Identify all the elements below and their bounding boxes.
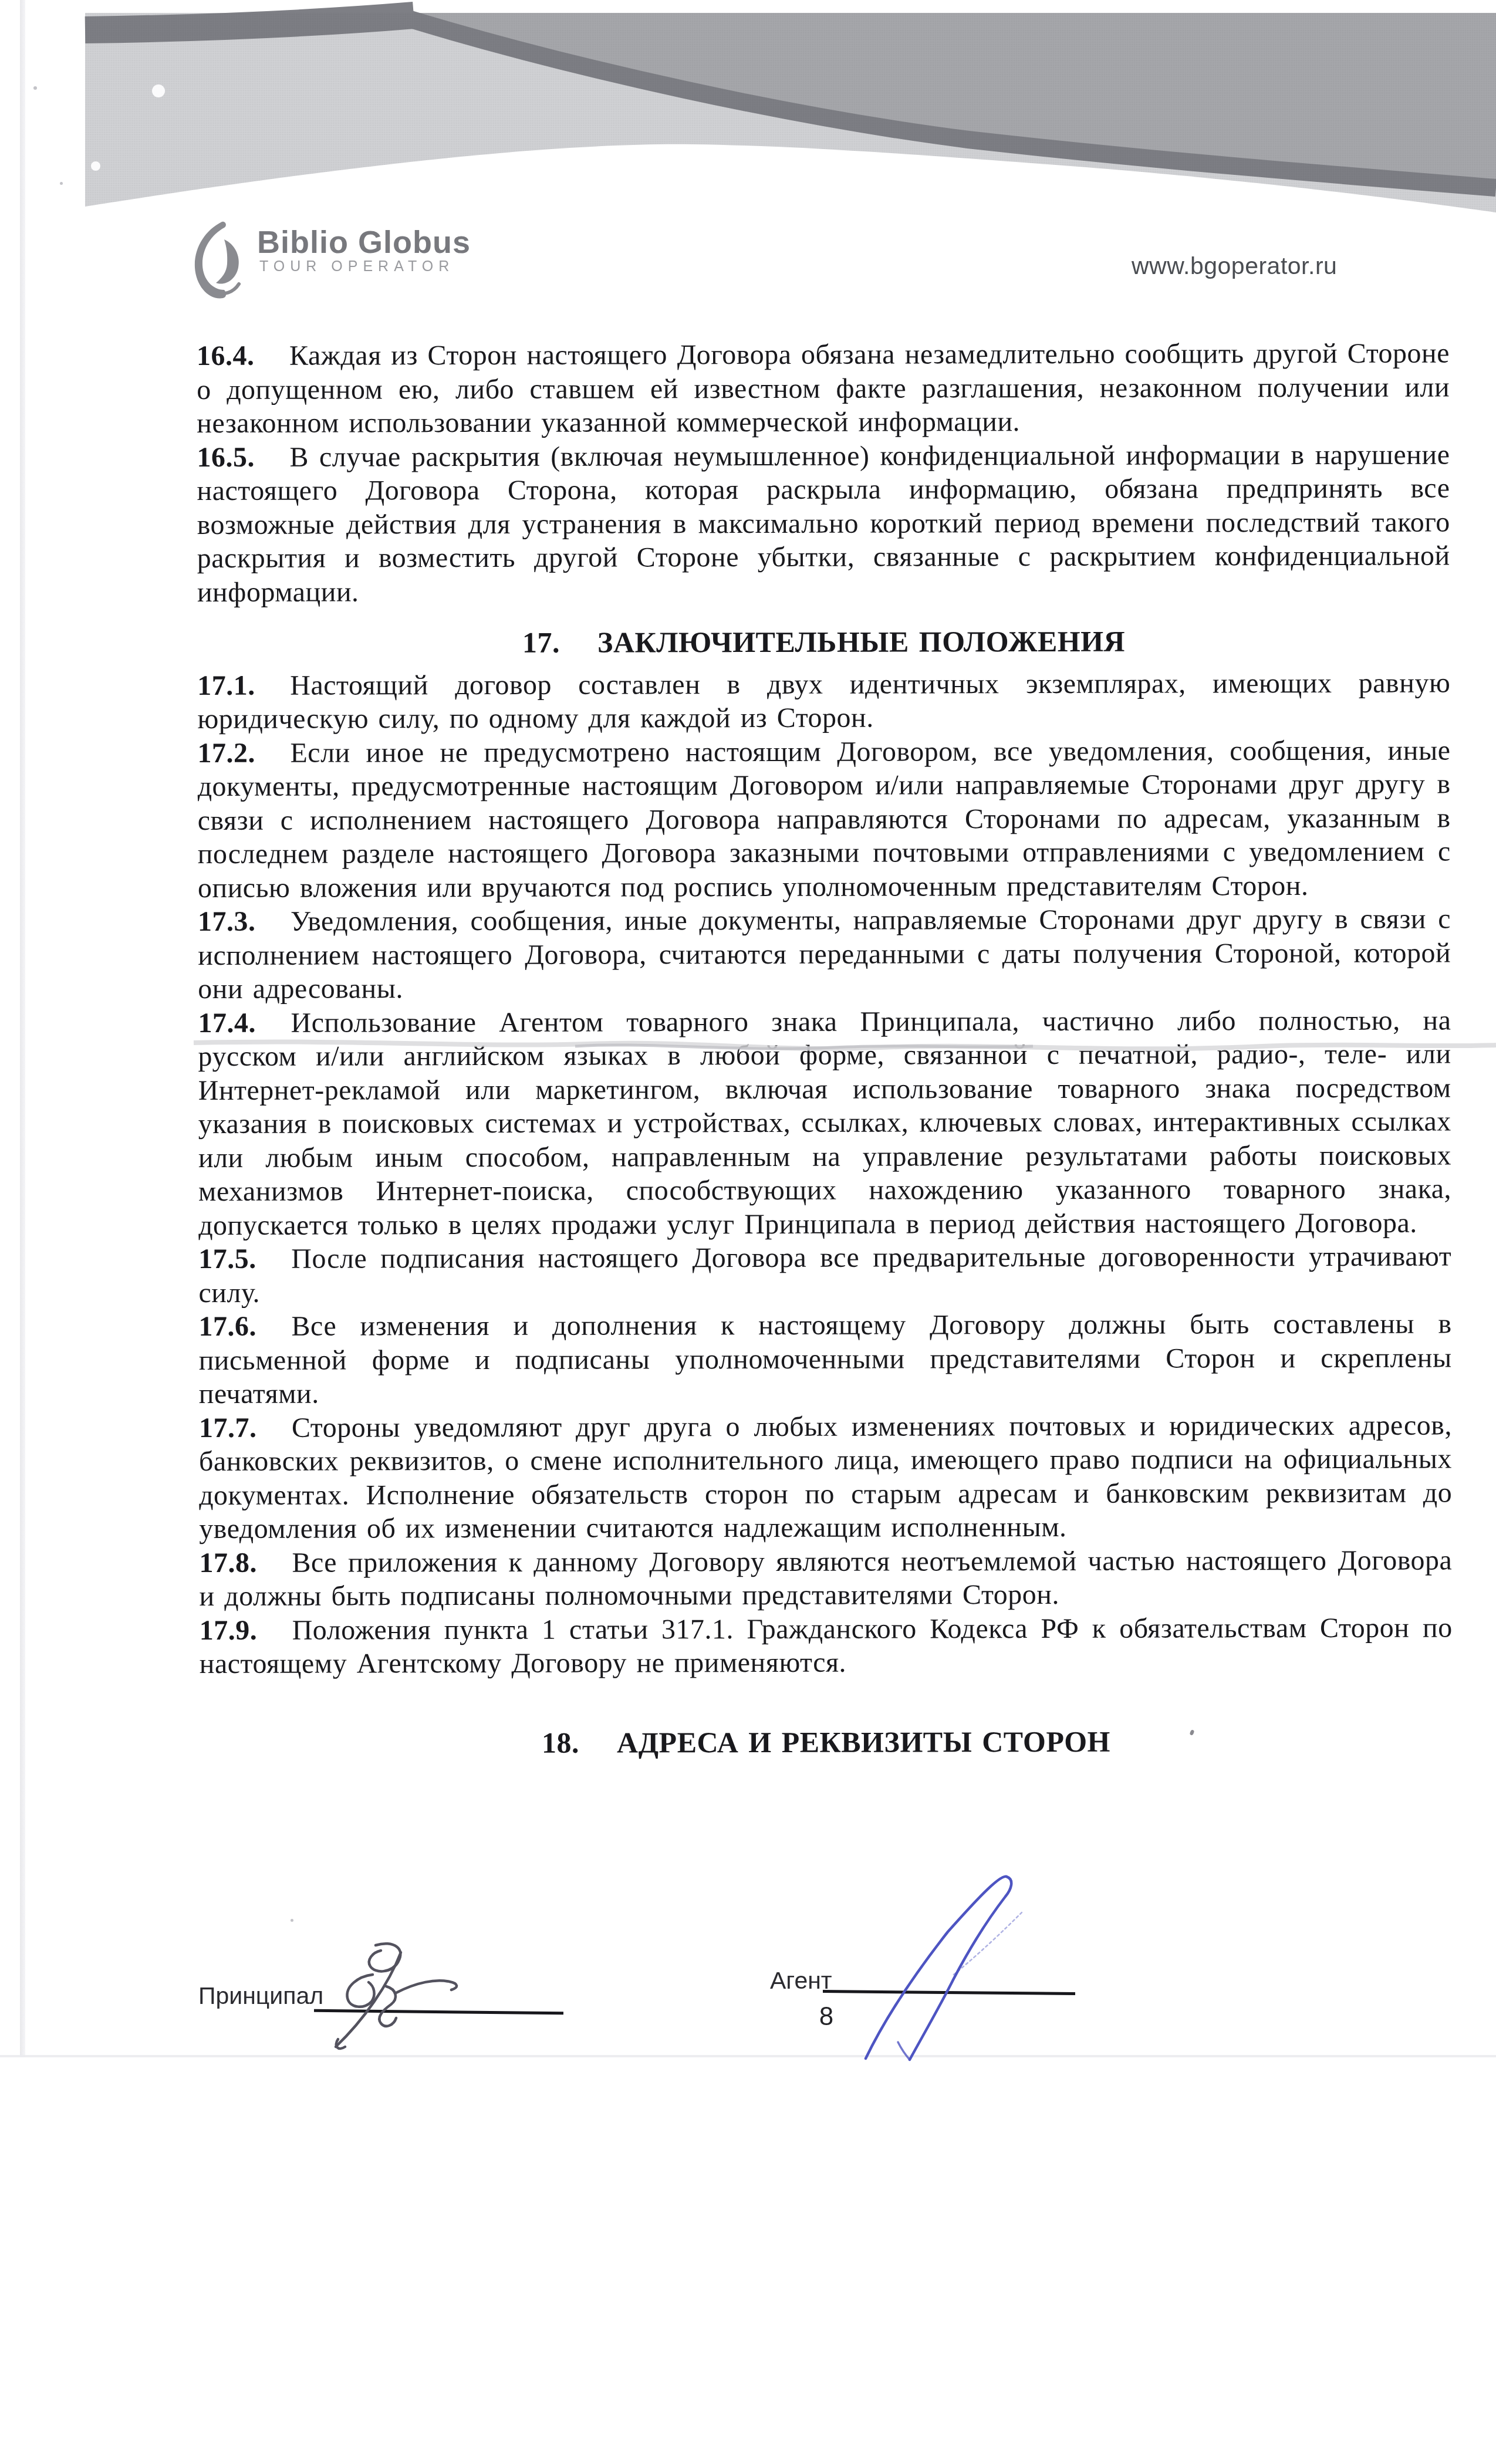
clause-text: Положения пункта 1 статьи 317.1. Граждан… — [200, 1612, 1453, 1679]
letterhead-swoosh-graphic — [0, 0, 1496, 223]
clause-text: Уведомления, сообщения, иные документы, … — [198, 904, 1451, 1005]
clause-text: Стороны уведомляют друг друга о любых из… — [199, 1410, 1452, 1544]
clause-17-1: 17.1.Настоящий договор составлен в двух … — [197, 666, 1450, 736]
clause-text: Все приложения к данному Договору являют… — [199, 1544, 1452, 1612]
clause-number: 17.9. — [200, 1613, 292, 1647]
clause-17-7: 17.7.Стороны уведомляют друг друга о люб… — [199, 1408, 1452, 1546]
clause-number: 16.4. — [197, 339, 289, 373]
scan-speck — [60, 182, 63, 185]
clause-17-2: 17.2.Если иное не предусмотрено настоящи… — [197, 734, 1451, 905]
clause-17-9: 17.9.Положения пункта 1 статьи 317.1. Гр… — [200, 1611, 1453, 1681]
clause-number: 17.7. — [199, 1411, 292, 1445]
clause-text: Если иное не предусмотрено настоящим Дог… — [198, 735, 1451, 903]
scan-page-bottom-edge — [0, 2055, 1496, 2057]
agent-signature — [854, 1866, 1042, 2066]
biblio-globus-logo-icon — [185, 217, 244, 305]
clause-number: 16.5. — [197, 440, 289, 474]
clause-text: После подписания настоящего Договора все… — [198, 1241, 1451, 1309]
clause-text: Каждая из Сторон настоящего Договора обя… — [197, 338, 1450, 439]
principal-label: Принципал — [198, 1982, 323, 2010]
clause-17-5: 17.5.После подписания настоящего Договор… — [198, 1240, 1451, 1310]
clause-number: 17.3. — [198, 905, 291, 939]
clause-16-5: 16.5.В случае раскрытия (включая неумышл… — [197, 438, 1450, 609]
section-17-heading: 17.ЗАКЛЮЧИТЕЛЬНЫЕ ПОЛОЖЕНИЯ — [197, 624, 1450, 661]
website-text: www.bgoperator.ru — [1132, 252, 1349, 280]
clause-17-3: 17.3.Уведомления, сообщения, иные докуме… — [198, 903, 1451, 1006]
clause-number: 17.6. — [198, 1310, 291, 1344]
clause-number: 17.2. — [197, 736, 290, 770]
section-title: ЗАКЛЮЧИТЕЛЬНЫЕ ПОЛОЖЕНИЯ — [597, 625, 1125, 659]
paper-fold-artifact — [0, 1018, 1496, 1065]
brand-name: Biblio Globus — [257, 224, 471, 261]
section-number: 18. — [542, 1726, 579, 1759]
section-title: АДРЕСА И РЕКВИЗИТЫ СТОРОН — [617, 1725, 1110, 1759]
principal-signature — [317, 1931, 464, 2057]
scan-speck — [33, 86, 37, 90]
clause-text: Все изменения и дополнения к настоящему … — [199, 1309, 1452, 1410]
clause-text: В случае раскрытия (включая неумышленное… — [197, 439, 1450, 607]
page-number: 8 — [809, 2002, 844, 2032]
brand-tagline: TOUR OPERATOR — [259, 258, 454, 275]
clause-text: Настоящий договор составлен в двух идент… — [197, 667, 1450, 735]
section-18-heading: 18.АДРЕСА И РЕКВИЗИТЫ СТОРОН — [200, 1724, 1453, 1760]
scanned-contract-page: Biblio Globus TOUR OPERATOR www.bgoperat… — [0, 0, 1496, 2464]
clause-number: 17.5. — [198, 1242, 291, 1276]
clause-17-6: 17.6.Все изменения и дополнения к настоя… — [198, 1307, 1451, 1411]
clause-number: 17.8. — [199, 1546, 292, 1580]
clause-number: 17.1. — [197, 668, 290, 702]
scan-speck — [291, 1919, 293, 1922]
clause-16-4: 16.4.Каждая из Сторон настоящего Договор… — [197, 337, 1450, 441]
section-number: 17. — [522, 626, 560, 659]
clause-17-8: 17.8.Все приложения к данному Договору я… — [199, 1543, 1452, 1613]
